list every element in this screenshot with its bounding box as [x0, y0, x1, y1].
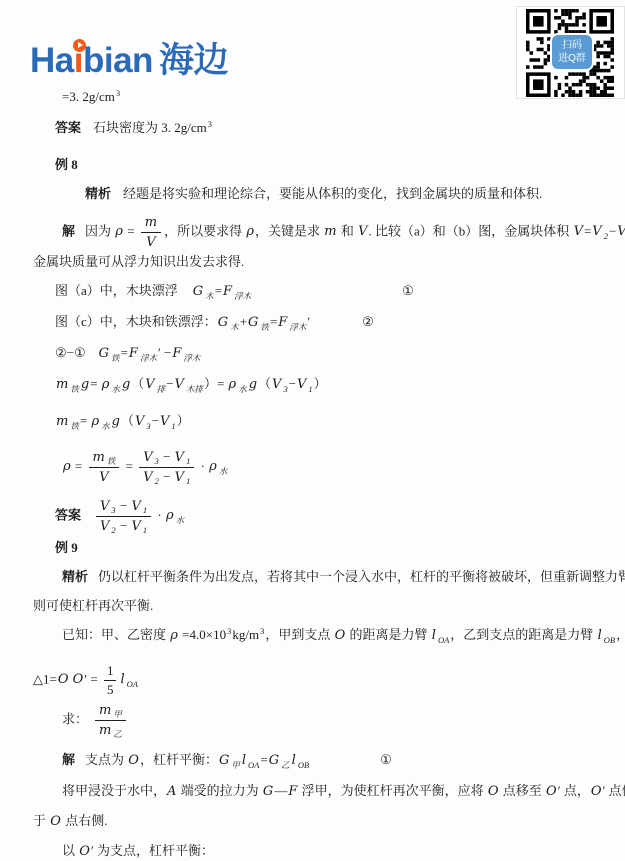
text-line: △1=O O′ = 15lOA	[33, 663, 625, 698]
math-var: O	[49, 814, 62, 829]
math-var: F	[222, 284, 233, 299]
fraction-numerator: m铁	[89, 449, 120, 468]
text-run: ，	[616, 627, 625, 642]
math-var: m	[98, 723, 112, 738]
text-run: =	[260, 752, 267, 767]
math-var: m	[98, 703, 112, 718]
math-var: V	[174, 377, 185, 392]
equation-number: ①	[402, 283, 414, 298]
text-run: —	[274, 783, 287, 798]
math-sub: 1	[142, 505, 148, 515]
text-run: kg/m	[232, 627, 259, 642]
text-run: 端受的拉力为	[177, 783, 262, 798]
math-var: V	[144, 377, 155, 392]
math-sub: 木	[229, 322, 240, 332]
text-line: ②−①G铁=F浮木′ −F浮木	[55, 344, 625, 363]
text-run: 和	[338, 223, 358, 238]
text-run: （	[131, 376, 144, 391]
math-var: O	[545, 784, 558, 799]
text-line: =3. 2g/cm3	[62, 88, 625, 107]
math-var: V	[142, 470, 153, 485]
text-run: 以	[62, 843, 78, 858]
math-sub: 铁	[69, 421, 80, 431]
text-run: ′	[307, 314, 310, 329]
text-line: 图（a）中，木块漂浮G木=F浮木①	[55, 282, 625, 301]
fraction: V3 − V1V2 − V1	[96, 498, 151, 535]
text-run: ′ −	[158, 345, 171, 360]
math-var: V	[134, 414, 145, 429]
math-var: V	[174, 450, 185, 465]
text-run: =3. 2g/cm	[62, 89, 115, 104]
label-bold: 解	[62, 223, 75, 238]
math-var: F	[287, 784, 298, 799]
math-sub: OA	[126, 679, 139, 689]
text-run: −	[117, 518, 131, 533]
text-run: 1	[107, 663, 114, 678]
fraction-numerator: m甲	[95, 702, 126, 721]
math-sub: OB	[603, 635, 616, 645]
math-sub: 1	[185, 456, 191, 466]
text-run: . 比较（a）和（b）图，金属块体积	[369, 223, 573, 238]
document-page: { "logo": { "part1": "Ha", "letter_i": "…	[0, 0, 625, 861]
math-var: G	[192, 284, 204, 299]
text-line: 例 9	[55, 539, 625, 556]
text-run: ，关键是求	[255, 223, 323, 238]
math-var: g	[248, 377, 258, 392]
math-var: O	[487, 784, 500, 799]
math-var: g	[111, 414, 121, 429]
text-run: 浮甲，为使杠杆再次平衡，应将	[298, 783, 487, 798]
text-line: 精析仍以杠杆平衡条件为出发点，若将其中一个浸入水中，杠杆的平衡将被破坏，但重新调…	[62, 568, 625, 585]
math-sup: 3	[207, 119, 213, 129]
text-run: −	[166, 376, 173, 391]
math-sub: 3	[282, 384, 288, 394]
fraction-denominator: 5	[104, 681, 117, 698]
math-var: ρ	[114, 224, 124, 239]
label-bold: 精析	[62, 569, 88, 584]
math-var: O	[127, 753, 140, 768]
text-line: 求：m甲m乙	[62, 702, 625, 739]
math-sub: 2	[154, 476, 160, 486]
fraction-numerator: 1	[104, 663, 117, 681]
text-run: 因为	[85, 223, 114, 238]
fraction: mV	[141, 214, 161, 251]
text-line: 已知：甲、乙密度 ρ =4.0×103kg/m3，甲到支点 O 的距离是力臂 l…	[62, 626, 625, 645]
math-sub: 浮木	[139, 353, 158, 363]
math-var: l	[597, 628, 603, 643]
math-var: V	[174, 470, 185, 485]
math-var: O	[78, 844, 91, 859]
math-var: m	[323, 224, 337, 239]
math-var: V	[159, 414, 170, 429]
label-bold: 解	[62, 752, 75, 767]
text-run: ）	[314, 376, 327, 391]
text-run: 经题是将实验和理论综合，要能从体积的变化，找到金属块的质量和体积.	[123, 186, 542, 201]
math-var: l	[119, 672, 125, 687]
label-bold: 例 8	[55, 157, 78, 172]
math-sub: 1	[307, 384, 313, 394]
math-var: g	[121, 377, 131, 392]
text-run: △1=	[33, 671, 57, 686]
text-run: −	[160, 449, 174, 464]
math-var: V	[296, 377, 307, 392]
text-run: =	[124, 223, 138, 238]
fraction: m铁V	[89, 449, 120, 486]
math-sup: 3	[226, 626, 232, 636]
text-line: 金属块质量可从浮力知识出发去求得.	[33, 253, 625, 270]
text-line: m铁g= ρ水g（V排−V木排）= ρ水g（V3−V1）	[55, 375, 625, 394]
math-sub: 铁	[106, 456, 117, 466]
text-run: 点移至	[500, 783, 546, 798]
text-line: 解因为 ρ = mV，所以要求得 ρ，关键是求 m 和 V. 比较（a）和（b）…	[62, 214, 625, 251]
text-run: 石块密度为 3. 2g/cm	[93, 120, 207, 135]
math-sub: 水	[100, 421, 111, 431]
math-sub: OA	[437, 635, 450, 645]
text-run: −	[160, 469, 174, 484]
fraction: 15	[104, 663, 117, 698]
text-run: =	[122, 458, 136, 473]
text-run: ，乙到支点的距离是力臂	[450, 627, 596, 642]
fraction: V3 − V1V2 − V1	[139, 449, 194, 486]
math-sub: OA	[247, 760, 260, 770]
math-var: V	[98, 470, 109, 485]
equation-number: ①	[380, 752, 392, 767]
math-sub: 木	[204, 291, 215, 301]
label-bold: 答案	[55, 507, 81, 522]
text-line: 答案V3 − V1V2 − V1 · ρ水	[55, 498, 625, 535]
text-run: 仍以杠杆平衡条件为出发点，若将其中一个浸入水中，杠杆的平衡将被破坏，但重新调整力…	[98, 569, 625, 584]
math-sub: 2	[110, 525, 116, 535]
fraction-denominator: V2 − V1	[96, 517, 151, 535]
math-var: V	[357, 224, 368, 239]
math-sub: 甲	[230, 760, 241, 770]
math-var: O	[590, 784, 603, 799]
text-run: 图（a）中，木块漂浮	[55, 283, 178, 298]
text-run: =	[121, 345, 128, 360]
math-var: V	[99, 519, 110, 534]
math-sub: 铁	[69, 384, 80, 394]
math-var: V	[616, 224, 625, 239]
text-run: ·	[197, 458, 208, 473]
fraction-numerator: V3 − V1	[96, 498, 151, 517]
text-run: ，所以要求得	[164, 223, 245, 238]
text-run: ，甲到支点	[265, 627, 333, 642]
math-var: G	[217, 315, 229, 330]
equation-number: ①	[74, 345, 86, 360]
text-line: 答案石块密度为 3. 2g/cm3	[55, 119, 625, 138]
text-run: 求：	[62, 711, 88, 726]
text-run: （	[121, 413, 134, 428]
math-sub: 1	[170, 421, 176, 431]
text-run: 金属块质量可从浮力知识出发去求得.	[33, 254, 244, 269]
text-run: 则可使杠杆再次平衡.	[33, 598, 153, 613]
math-sub: 木排	[185, 384, 204, 394]
text-run: 已知：甲、乙密度	[62, 627, 169, 642]
math-var: F	[128, 346, 139, 361]
math-sub: 3	[110, 505, 116, 515]
math-var: A	[166, 784, 177, 799]
text-line: 图（c）中，木块和铁漂浮：G木+G铁=F浮木′②	[55, 313, 625, 332]
fraction: m甲m乙	[95, 702, 126, 739]
label-bold: 例 9	[55, 540, 78, 555]
text-run: =	[215, 283, 222, 298]
math-var: F	[277, 315, 288, 330]
document-content: =3. 2g/cm3答案石块密度为 3. 2g/cm3例 8精析经题是将实验和理…	[0, 0, 625, 860]
text-run: ′ 点，	[558, 783, 590, 798]
math-var: V	[99, 499, 110, 514]
math-var: m	[55, 414, 69, 429]
text-run: −	[117, 498, 131, 513]
math-var: ρ	[245, 224, 255, 239]
math-var: ρ	[62, 459, 72, 474]
math-sub: 3	[154, 456, 160, 466]
text-run: 支点为	[85, 752, 127, 767]
equation-number: ②	[362, 314, 374, 329]
math-var: F	[171, 346, 182, 361]
fraction-numerator: m	[141, 214, 161, 233]
text-run: +	[240, 314, 247, 329]
math-sub: 水	[175, 515, 186, 525]
text-run: ′ 为支点，杠杆平衡：	[91, 843, 214, 858]
text-run: ′ 点位	[603, 783, 625, 798]
text-run: ，杠杆平衡：	[140, 752, 218, 767]
math-var: ρ	[169, 628, 179, 643]
math-sub: 浮木	[288, 322, 307, 332]
equation-number: ②	[55, 345, 67, 360]
text-run: ）=	[204, 376, 228, 391]
math-var: ρ	[165, 508, 175, 523]
math-var: V	[591, 224, 602, 239]
text-run: 5	[107, 682, 114, 697]
math-var: G	[98, 346, 110, 361]
text-run: ·	[154, 507, 165, 522]
math-sup: 3	[115, 88, 121, 98]
text-line: 则可使杠杆再次平衡.	[33, 597, 625, 614]
text-run: ′ =	[84, 671, 101, 686]
text-line: 将甲浸没于水中，A 端受的拉力为 G—F 浮甲，为使杠杆再次平衡，应将 O 点移…	[62, 782, 625, 800]
math-var: ρ	[228, 377, 238, 392]
math-var: V	[131, 519, 142, 534]
text-run: 点右侧.	[62, 813, 108, 828]
math-sup: 3	[259, 626, 265, 636]
math-sub: 水	[237, 384, 248, 394]
text-run: =4.0×10	[179, 627, 226, 642]
text-run: =	[80, 413, 91, 428]
math-sub: 铁	[110, 353, 121, 363]
text-line: 于 O 点右侧.	[33, 812, 625, 830]
text-run: −	[152, 413, 159, 428]
math-var: m	[92, 450, 106, 465]
text-run: =	[90, 376, 101, 391]
math-var: m	[55, 377, 69, 392]
math-sub: 浮木	[182, 353, 201, 363]
label-bold: 答案	[55, 120, 81, 135]
text-run: 于	[33, 813, 49, 828]
math-var: ρ	[101, 377, 111, 392]
math-sub: 3	[145, 421, 151, 431]
math-sub: 甲	[112, 709, 123, 719]
math-sub: 水	[110, 384, 121, 394]
math-sub: 水	[218, 466, 229, 476]
math-sub: 排	[156, 384, 167, 394]
fraction-denominator: V2 − V1	[139, 468, 194, 486]
fraction-denominator: m乙	[95, 721, 126, 739]
text-run: （	[258, 376, 271, 391]
math-sub: 浮木	[233, 291, 252, 301]
math-var: V	[142, 450, 153, 465]
text-line: 以 O′ 为支点，杠杆平衡：	[62, 842, 625, 860]
text-run: ）	[177, 413, 190, 428]
math-var: O	[334, 628, 347, 643]
text-run: 图（c）中，木块和铁漂浮：	[55, 314, 217, 329]
math-var: V	[271, 377, 282, 392]
math-var: ρ	[90, 414, 100, 429]
math-var: V	[145, 235, 156, 250]
text-run: 将甲浸没于水中，	[62, 783, 166, 798]
math-var: G	[268, 753, 280, 768]
math-var: V	[573, 224, 584, 239]
math-sub: 1	[142, 525, 148, 535]
fraction-numerator: V3 − V1	[139, 449, 194, 468]
text-run: −	[67, 345, 74, 360]
math-sub: OB	[297, 760, 310, 770]
math-var: G	[218, 753, 230, 768]
math-sub: 乙	[112, 729, 123, 739]
math-var: ρ	[208, 459, 218, 474]
label-bold: 精析	[85, 186, 111, 201]
math-var: G	[247, 315, 259, 330]
fraction-denominator: V	[89, 468, 120, 486]
math-sub: 2	[603, 231, 609, 241]
text-line: m铁= ρ水g（V3−V1）	[55, 412, 625, 431]
math-sub: 铁	[259, 322, 270, 332]
math-sub: 乙	[280, 760, 291, 770]
text-line: ρ = m铁V = V3 − V1V2 − V1 · ρ水	[62, 449, 625, 486]
text-line: 精析经题是将实验和理论综合，要能从体积的变化，找到金属块的质量和体积.	[85, 185, 625, 202]
math-var: V	[131, 499, 142, 514]
text-run: =	[72, 458, 86, 473]
math-var: l	[291, 753, 297, 768]
text-run: 的距离是力臂	[346, 627, 431, 642]
fraction-denominator: V	[141, 233, 161, 251]
math-var: g	[80, 377, 90, 392]
math-var: O O	[57, 672, 84, 687]
text-line: 例 8	[55, 156, 625, 173]
math-var: G	[262, 784, 274, 799]
math-sub: 1	[185, 476, 191, 486]
math-var: m	[144, 215, 158, 230]
text-line: 解支点为 O，杠杆平衡：G甲lOA=G乙lOB①	[62, 751, 625, 770]
text-run: −	[289, 376, 296, 391]
